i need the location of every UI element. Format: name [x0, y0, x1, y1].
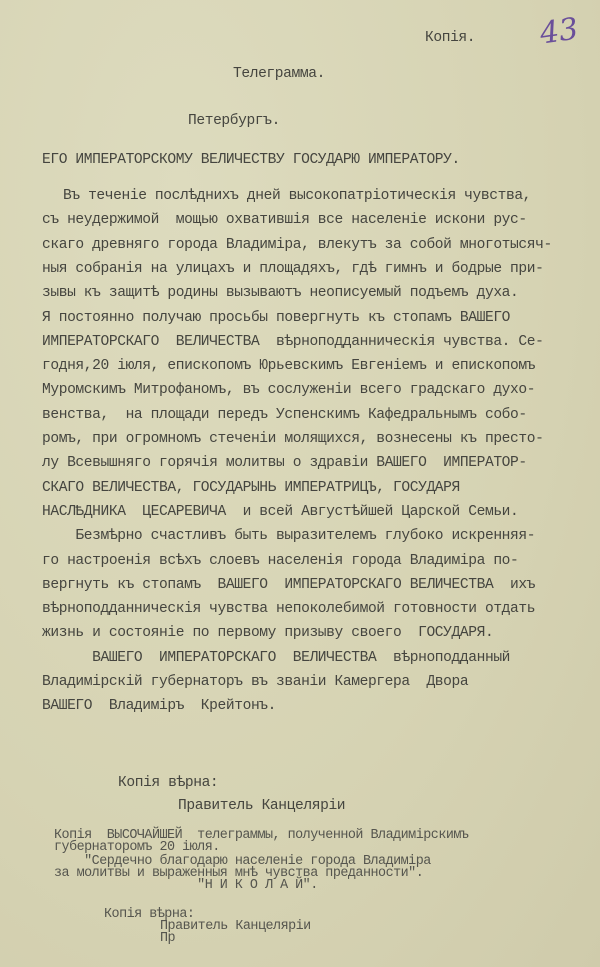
body-line: съ неудержимой мощью охватившія все насе… [42, 210, 527, 230]
body-line: НАСЛѢДНИКА ЦЕСАРЕВИЧА и всей Августѣйшей… [42, 502, 518, 522]
signature-2-initials: Пр [160, 933, 175, 945]
body-line: лу Всевышняго горячія молитвы о здравіи … [42, 453, 527, 473]
certification-1: Копія вѣрна: [118, 773, 218, 793]
addressee: ЕГО ИМПЕРАТОРСКОМУ ВЕЛИЧЕСТВУ ГОСУДАРЮ И… [42, 150, 460, 170]
body-line: венства, на площади передъ Успенскимъ Ка… [42, 405, 527, 425]
body-line: жизнь и состояніе по первому призыву сво… [42, 623, 493, 643]
body-line: Я постоянно получаю просьбы повергнуть к… [42, 308, 510, 328]
folio-number: 43 [538, 12, 581, 52]
header-copy: Копія. [425, 28, 475, 48]
postscript-line: "Н И К О Л А Й". [54, 880, 318, 892]
body-line: вергнуть къ стопамъ ВАШЕГО ИМПЕРАТОРСКАГ… [42, 575, 535, 595]
body-line: Въ теченіе послѣднихъ дней высокопатріот… [63, 186, 531, 206]
body-line: ИМПЕРАТОРСКАГО ВЕЛИЧЕСТВА вѣрноподданнич… [42, 332, 543, 352]
signature-2: Правитель Канцеляріи [160, 921, 311, 933]
body-line: ВАШЕГО Владиміръ Крейтонъ. [42, 696, 276, 716]
postscript-line: губернаторомъ 20 іюля. [54, 842, 220, 854]
signature-1: Правитель Канцеляріи [178, 796, 345, 816]
document-title: Телеграмма. [233, 64, 325, 84]
body-line: зывы къ защитѣ родины вызываютъ неописуе… [42, 283, 518, 303]
body-line: го настроенія всѣхъ слоевъ населенія гор… [42, 551, 518, 571]
body-line: Муромскимъ Митрофаномъ, въ сослуженіи вс… [42, 380, 535, 400]
body-line: Владимірскій губернаторъ въ званіи Камер… [42, 672, 468, 692]
document-page: 43 Копія. Телеграмма. Петербургъ. ЕГО ИМ… [0, 0, 600, 967]
body-line: ромъ, при огромномъ стеченіи молящихся, … [42, 429, 543, 449]
body-line: ныя собранія на улицахъ и площадяхъ, гдѣ… [42, 259, 543, 279]
body-line: СКАГО ВЕЛИЧЕСТВА, ГОСУДАРЫНЬ ИМПЕРАТРИЦЪ… [42, 478, 460, 498]
body-line: вѣрноподданническія чувства непоколебимо… [42, 599, 535, 619]
place: Петербургъ. [188, 111, 280, 131]
body-line: скаго древняго города Владиміра, влекутъ… [42, 235, 552, 255]
body-line: годня,20 іюля, епископомъ Юрьевскимъ Евг… [42, 356, 535, 376]
body-line: Безмѣрно счастливъ быть выразителемъ глу… [42, 526, 535, 546]
body-line: ВАШЕГО ИМПЕРАТОРСКАГО ВЕЛИЧЕСТВА вѣрнопо… [42, 648, 510, 668]
